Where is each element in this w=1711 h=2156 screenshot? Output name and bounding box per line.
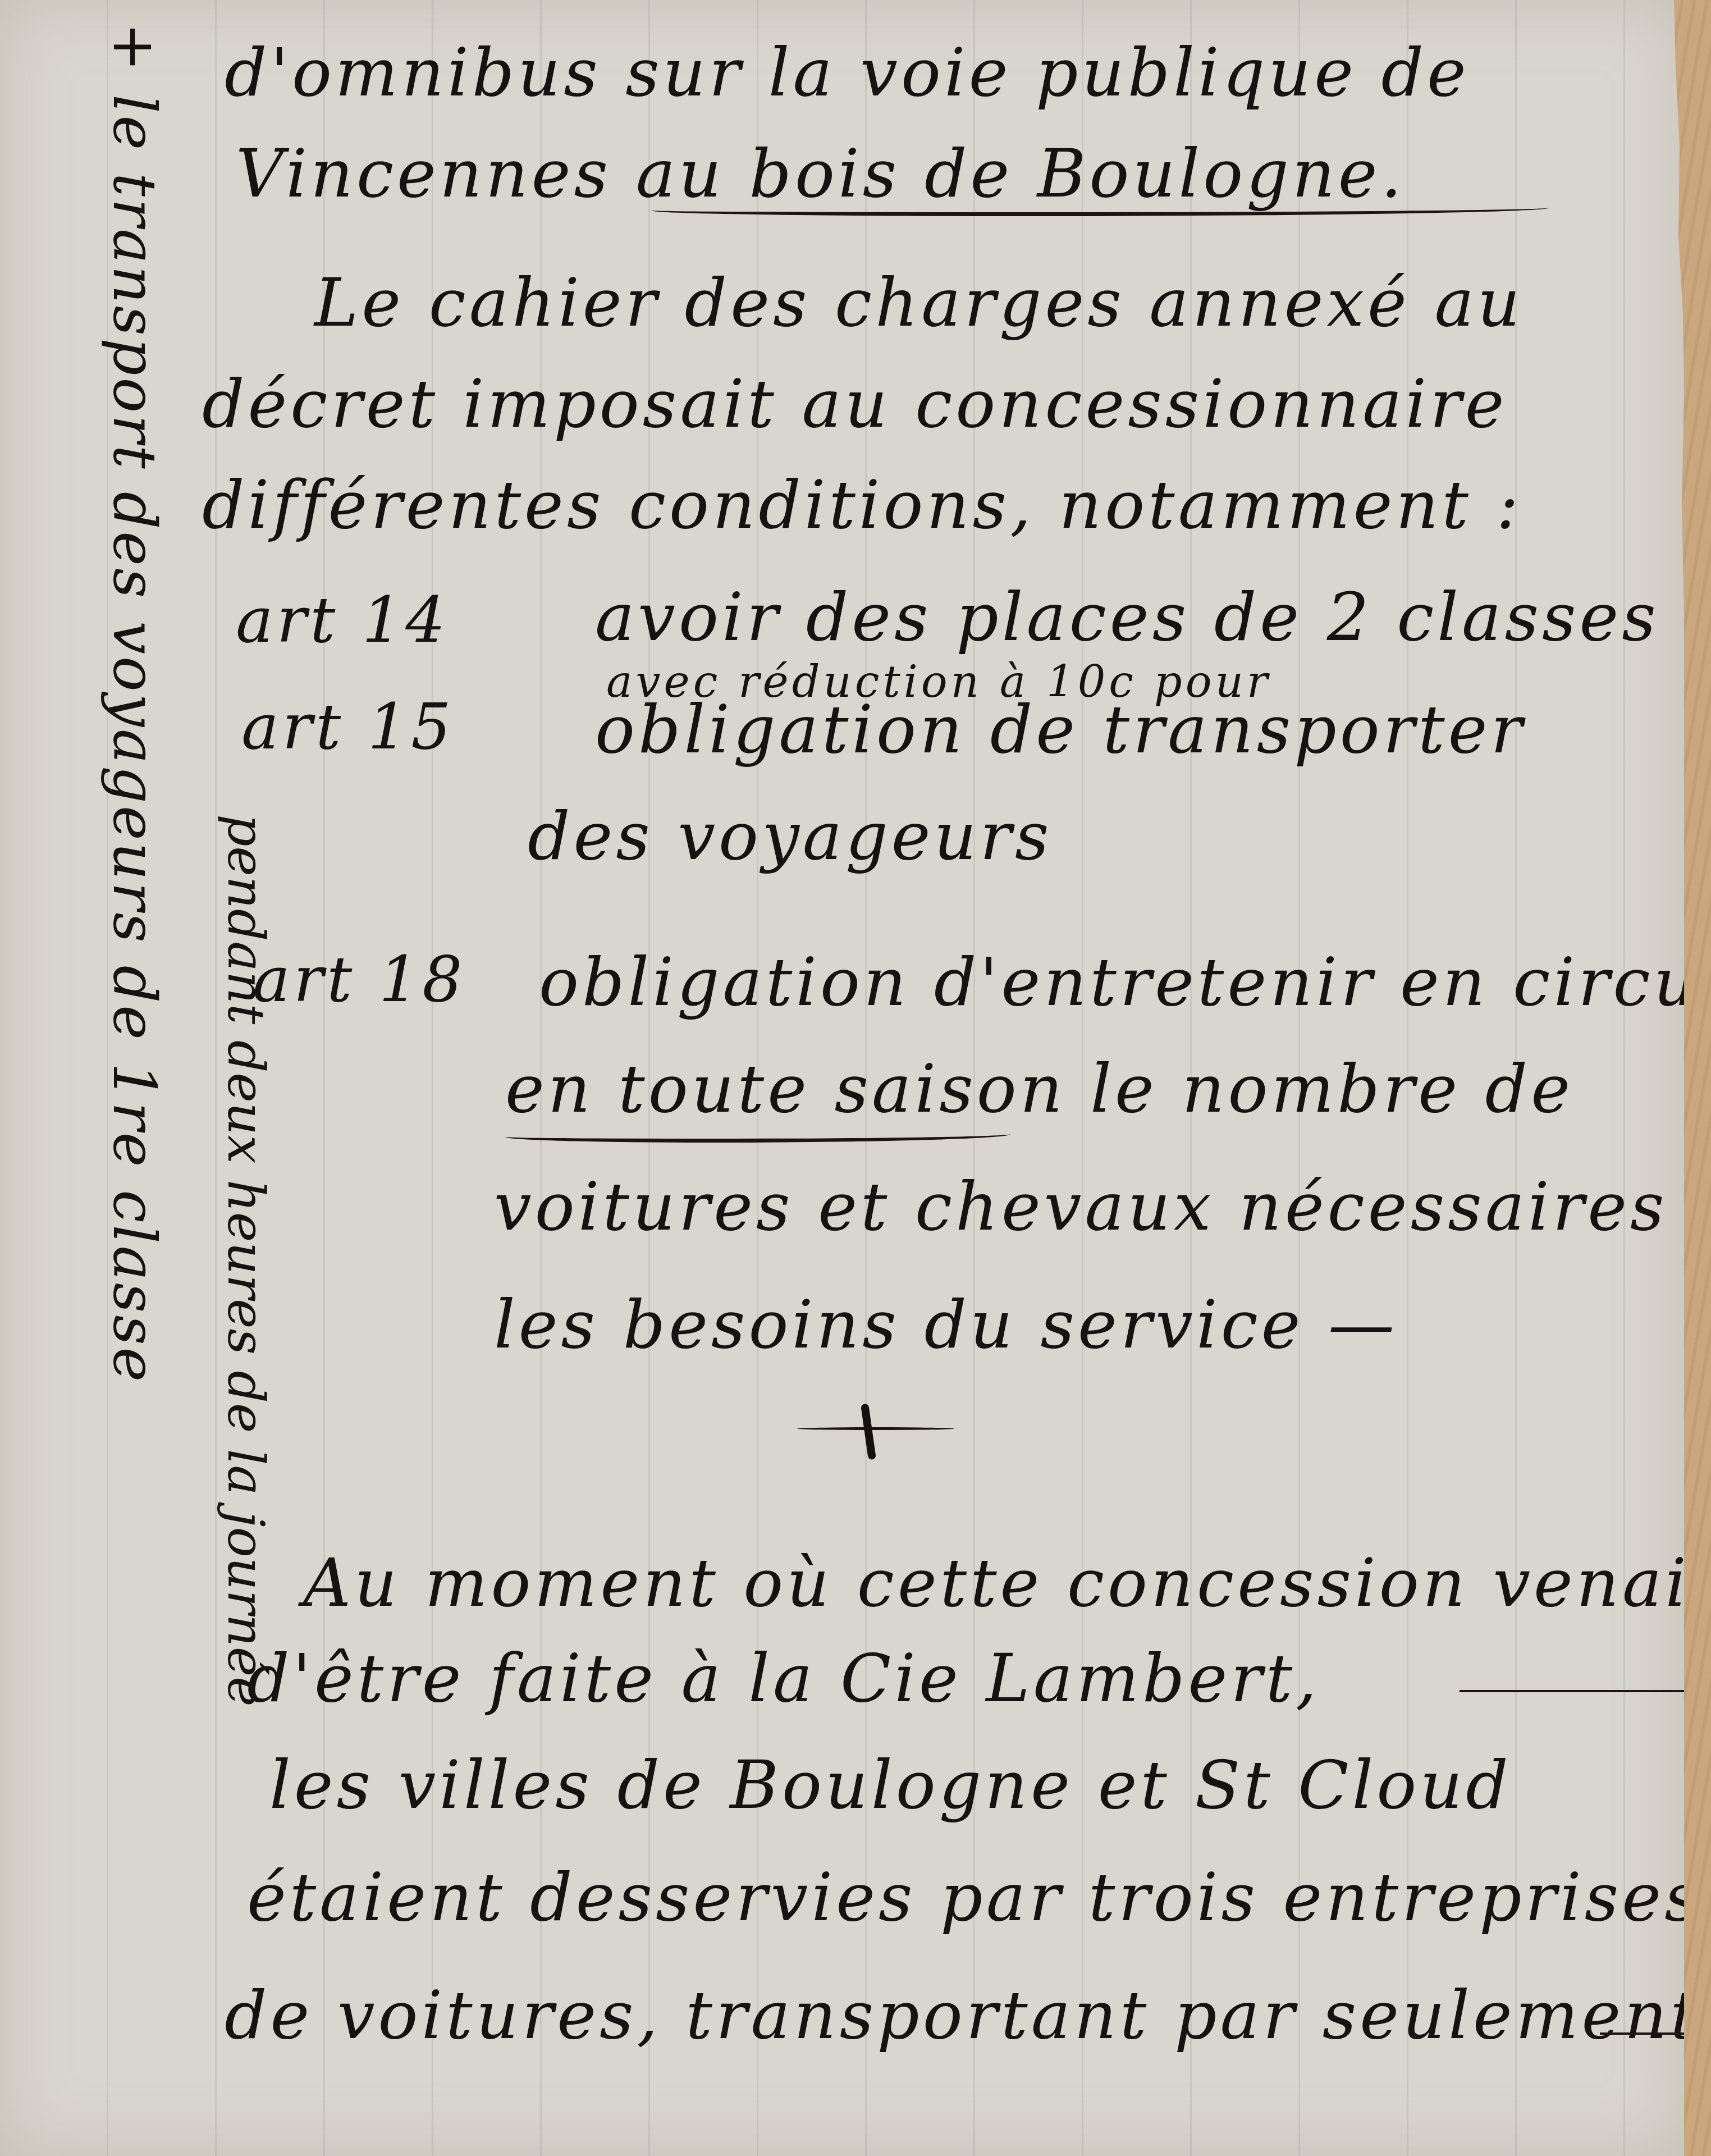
article-15-text-2: des voyageurs: [528, 797, 1052, 875]
divider-stroke: [797, 1427, 954, 1430]
text-line-4: décret imposait au concessionnaire: [202, 365, 1508, 442]
article-15-text-1: obligation de transporter: [595, 691, 1526, 768]
article-18-text-1: obligation d'entretenir en circulation: [539, 943, 1711, 1021]
article-18-text-2: en toute saison le nombre de: [505, 1050, 1573, 1127]
line-filler-stroke: [1460, 1690, 1684, 1692]
text-line-5: différentes conditions, notamment :: [202, 466, 1522, 543]
underline-bois-de-boulogne: [651, 202, 1549, 216]
closing-line-3: les villes de Boulogne et St Cloud: [269, 1746, 1512, 1824]
section-divider-cross: [797, 1404, 954, 1449]
text-line-3: Le cahier des charges annexé au: [314, 264, 1524, 341]
article-label-14: art 14: [236, 584, 449, 657]
closing-line-5: de voitures, transportant par seulement: [225, 1976, 1700, 2054]
article-18-text-4: les besoins du service —: [494, 1286, 1398, 1363]
text-line-1: d'omnibus sur la voie publique de: [225, 34, 1470, 111]
closing-line-1: Au moment où cette concession venait: [303, 1544, 1711, 1621]
article-label-18: art 18: [253, 943, 465, 1016]
text-line-2: Vincennes au bois de Boulogne.: [236, 135, 1405, 212]
margin-note: + le transport des voyageurs de 1re clas…: [100, 22, 168, 1384]
closing-line-2: d'être faite à la Cie Lambert,: [247, 1639, 1320, 1717]
underline-en-toute-saison: [505, 1129, 1010, 1143]
divider-cross-stroke: [861, 1404, 876, 1460]
line-filler-stroke: [1600, 2032, 1684, 2035]
closing-line-4: étaient desservies par trois entreprises: [247, 1858, 1702, 1936]
manuscript-page: + le transport des voyageurs de 1re clas…: [0, 0, 1684, 2156]
article-14-text-1: avoir des places de 2 classes: [595, 578, 1659, 656]
article-label-15: art 15: [241, 691, 454, 764]
article-18-text-3: voitures et chevaux nécessaires pour: [494, 1168, 1711, 1245]
